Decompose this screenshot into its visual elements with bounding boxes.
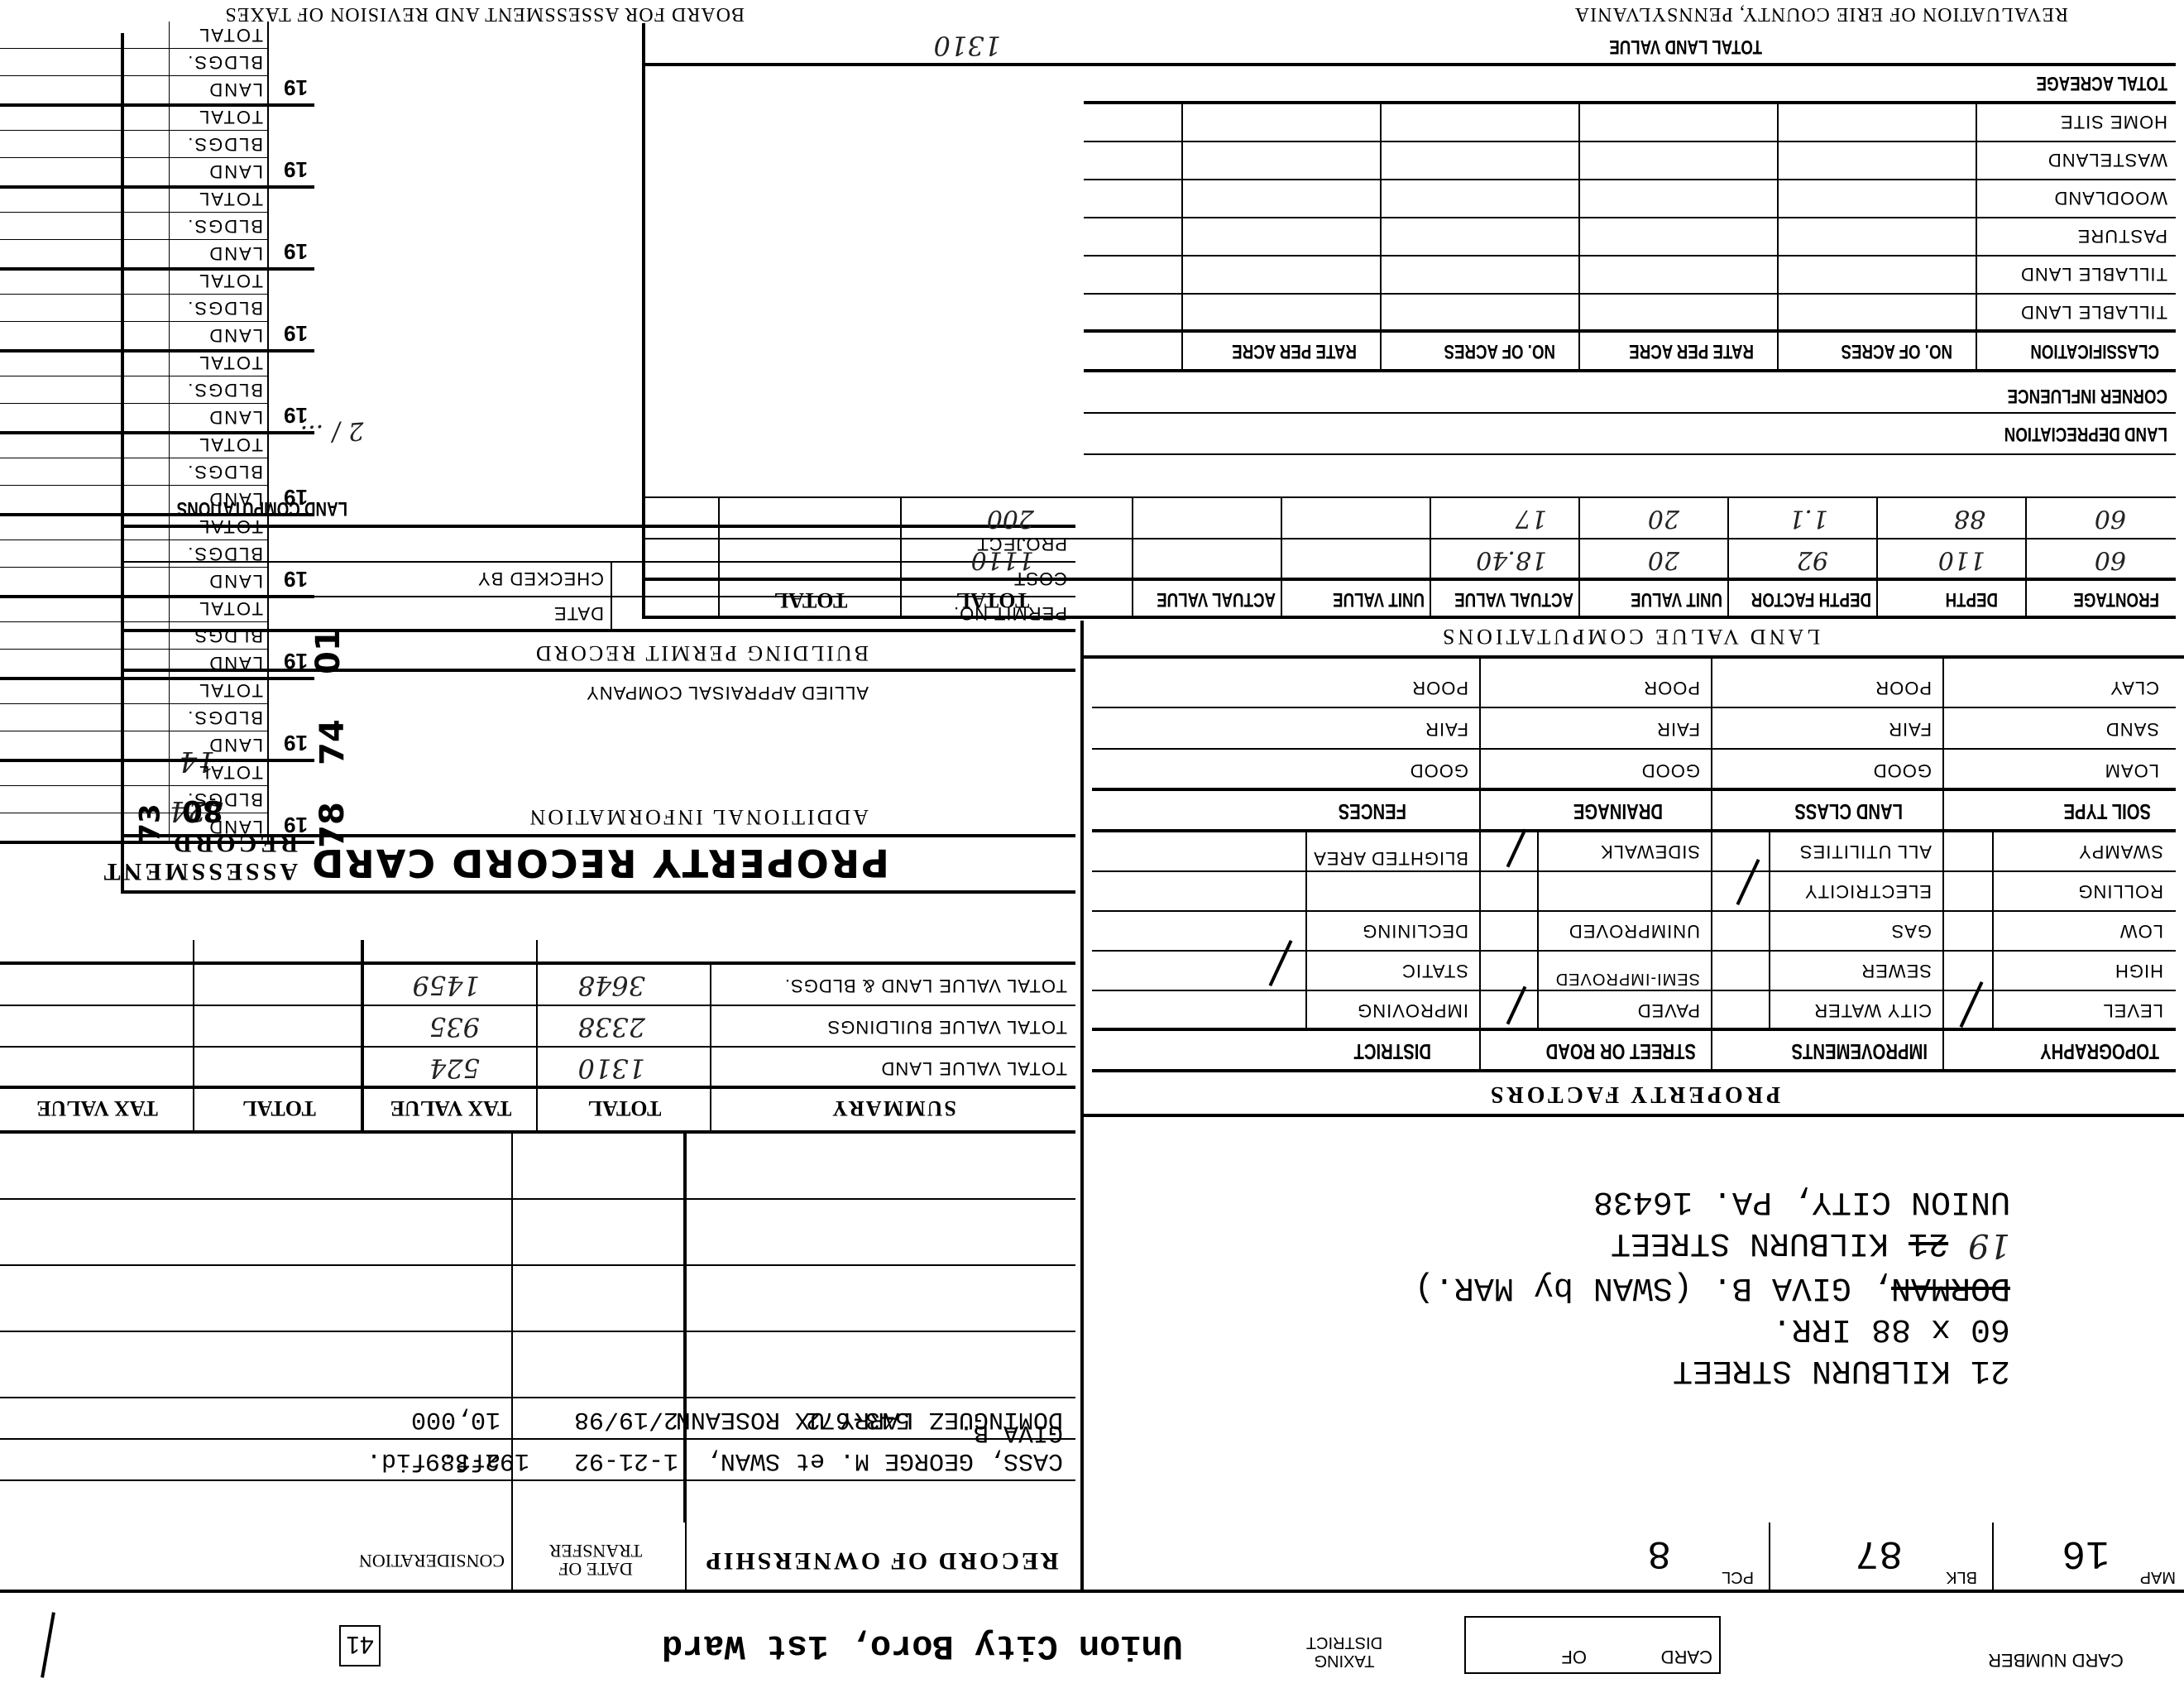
card-label: CARD bbox=[1661, 1646, 1712, 1667]
taxing-district-label: TAXING DISTRICT bbox=[1282, 1633, 1406, 1670]
land-class-poor[interactable]: POOR bbox=[1875, 677, 1932, 698]
lv-depth-factor: 92 bbox=[1797, 545, 1828, 574]
assessment-record-header: ASSESSMENT RECORD bbox=[0, 844, 314, 894]
assessment-row-label: TOTAL bbox=[198, 24, 263, 46]
pcl-label: PCL bbox=[1722, 1567, 1754, 1586]
year-prefix: 19 bbox=[284, 156, 308, 182]
assessment-row-label: BLDGS. bbox=[186, 543, 263, 564]
assessment-year-group: 19LANDBLDGS.TOTAL bbox=[0, 271, 314, 352]
assessment-row-label: TOTAL bbox=[198, 516, 263, 537]
consideration-header: CONSIDERATION bbox=[314, 1550, 505, 1571]
county-header: REVALUATION OF ERIE COUNTY, PENNSYLVANIA bbox=[1574, 2, 2068, 25]
district-blighted-area[interactable]: BLIGHTED AREA bbox=[1311, 849, 1468, 867]
property-factors-title: PROPERTY FACTORS bbox=[1092, 1081, 2176, 1107]
district-static[interactable]: STATIC bbox=[1401, 960, 1468, 981]
drainage-header: DRAINAGE bbox=[1573, 798, 1663, 824]
summary-row-total-label: TOTAL VALUE LAND & BLDGS. bbox=[784, 975, 1067, 996]
checkmark-icon bbox=[1506, 985, 1527, 1024]
corner-influence-label: CORNER INFLUENCE bbox=[2008, 384, 2167, 407]
summary-row-buildings-label: TOTAL VALUE BUILDINGS bbox=[827, 1016, 1067, 1038]
card-number-label: CARD NUMBER bbox=[1961, 1650, 2151, 1670]
lv-depth-factor: 1.1 bbox=[1789, 504, 1828, 533]
assessment-row-label: LAND bbox=[208, 652, 263, 674]
assessment-row-label: TOTAL bbox=[198, 352, 263, 373]
city-line: UNION CITY, PA. 16438 bbox=[1100, 1180, 2010, 1221]
checkmark-icon bbox=[1269, 940, 1293, 986]
land-class-good[interactable]: GOOD bbox=[1873, 760, 1932, 781]
assessment-row-label: LAND bbox=[208, 324, 263, 346]
assessment-row-label: BLDGS. bbox=[186, 707, 263, 728]
assessment-grid: 19LANDBLDGS.TOTAL19LANDBLDGS.TOTAL19LAND… bbox=[0, 25, 314, 844]
card-of-box[interactable]: CARD OF bbox=[1464, 1616, 1721, 1674]
improvements-all-utilities[interactable]: ALL UTILITIES bbox=[1799, 841, 1932, 862]
card-header-strip: CARD NUMBER CARD OF TAXING DISTRICT Unio… bbox=[0, 1599, 2151, 1678]
summary-grand-tax: 1459 bbox=[413, 970, 480, 1001]
assessment-row-label: BLDGS. bbox=[186, 133, 263, 155]
actual-value-header-2: ACTUAL VALUE bbox=[1157, 587, 1276, 611]
mailing-street-line: 19 21 KILBURN STREET bbox=[1100, 1221, 2010, 1266]
assessment-row-label: TOTAL bbox=[198, 270, 263, 291]
acreage-table: CLASSIFICATION NO. OF ACRES RATE PER ACR… bbox=[645, 55, 2176, 369]
year-prefix: 19 bbox=[284, 648, 308, 674]
soil-loam[interactable]: LOAM bbox=[2105, 760, 2159, 781]
blk-value: 87 bbox=[1855, 1530, 1903, 1575]
assessment-row-label: LAND bbox=[208, 79, 263, 100]
total-header: TOTAL bbox=[902, 587, 1084, 612]
summary-buildings-total: 2338 bbox=[578, 1011, 645, 1043]
fences-good[interactable]: GOOD bbox=[1410, 760, 1468, 781]
map-label: MAP bbox=[2140, 1567, 2176, 1586]
soil-sand[interactable]: SAND bbox=[2105, 718, 2159, 740]
checkmark-icon bbox=[1506, 828, 1527, 867]
rate-per-acre-header: RATE PER ACRE bbox=[1629, 339, 1754, 362]
summary-land-total: 1310 bbox=[578, 1053, 645, 1084]
year-stamp: 80 bbox=[182, 794, 223, 827]
drainage-fair[interactable]: FAIR bbox=[1656, 718, 1700, 740]
assessment-stamps: 78 74 bbox=[314, 679, 356, 844]
deed-reference: 543-672 bbox=[806, 1405, 910, 1433]
of-label: OF bbox=[1561, 1646, 1587, 1667]
street-unimproved[interactable]: UNIMPROVED bbox=[1569, 920, 1700, 942]
soil-clay[interactable]: CLAY bbox=[2110, 677, 2159, 698]
assessment-row-label: BLDGS. bbox=[186, 215, 263, 237]
improvements-electricity[interactable]: ELECTRICITY bbox=[1804, 880, 1932, 902]
improvements-sewer[interactable]: SEWER bbox=[1861, 960, 1932, 981]
topography-low[interactable]: LOW bbox=[2119, 920, 2163, 942]
summary-grand-total: 3648 bbox=[578, 970, 645, 1001]
year-prefix: 19 bbox=[284, 484, 308, 510]
topography-level[interactable]: LEVEL bbox=[2103, 1000, 2164, 1021]
fences-header: FENCES bbox=[1339, 798, 1406, 824]
taxing-district-value: Union City Boro, 1st Ward bbox=[662, 1626, 1183, 1666]
assessment-year-group: 19LANDBLDGS.TOTAL bbox=[0, 352, 314, 434]
topography-rolling[interactable]: ROLLING bbox=[2077, 880, 2163, 902]
pen-mark bbox=[41, 1612, 55, 1677]
struck-surname: DORMAN bbox=[1891, 1268, 2010, 1306]
ownership-date: 1-21-92 bbox=[574, 1446, 678, 1475]
year-stamp: 73 bbox=[133, 803, 166, 842]
assessment-row-label: TOTAL bbox=[198, 597, 263, 619]
summary-tax-value-header-2: TAX VALUE bbox=[0, 1096, 194, 1120]
drainage-good[interactable]: GOOD bbox=[1641, 760, 1700, 781]
land-value-totals: TOTAL TOTAL 1110 200 bbox=[645, 498, 1084, 619]
lv-unit-value: 20 bbox=[1648, 545, 1679, 574]
assessment-year-group: 19LANDBLDGS.TOTAL bbox=[0, 189, 314, 271]
year-stamp: 74 bbox=[314, 719, 352, 765]
land-class-fair[interactable]: FAIR bbox=[1888, 718, 1932, 740]
date-of-transfer-header: DATE OF TRANSFER bbox=[513, 1542, 678, 1578]
summary-tax-value-header: TAX VALUE bbox=[364, 1096, 538, 1120]
total-land-value: 1310 bbox=[934, 30, 1001, 61]
drainage-poor[interactable]: POOR bbox=[1643, 677, 1700, 698]
topography-header: TOPOGRAPHY bbox=[2040, 1038, 2159, 1064]
map-blk-pcl-row: MAP 16 BLK 87 PCL 8 bbox=[1084, 1523, 2184, 1593]
lv-total: 1110 bbox=[971, 545, 1034, 574]
year-prefix: 19 bbox=[284, 320, 308, 346]
lot-size-line: 60 x 88 IRR. bbox=[1100, 1307, 2010, 1349]
depth-header: DEPTH bbox=[1946, 587, 1998, 611]
assessment-year-group: 19LANDBLDGS.TOTAL bbox=[0, 680, 314, 762]
street-semi-improved[interactable]: SEMI-IMPROVED bbox=[1543, 970, 1700, 988]
appraiser-name: ALLIED APPRAISAL COMPANY bbox=[586, 682, 869, 703]
assessment-year-group: 19LANDBLDGS.TOTAL bbox=[0, 434, 314, 516]
additional-info-title: ADDITIONAL INFORMATION bbox=[528, 804, 869, 829]
summary-buildings-tax: 935 bbox=[429, 1011, 480, 1043]
land-depreciation-label: LAND DEPRECIATION bbox=[2004, 422, 2167, 445]
year-prefix: 19 bbox=[284, 812, 308, 837]
summary-total-header: TOTAL bbox=[538, 1096, 711, 1120]
assessment-row-label: BLDGS. bbox=[186, 297, 263, 319]
no-of-acres-header: NO. OF ACRES bbox=[1841, 339, 1952, 362]
boxed-ward-number: 41 bbox=[339, 1625, 381, 1666]
topography-high[interactable]: HIGH bbox=[2115, 960, 2163, 981]
assessment-row-label: TOTAL bbox=[198, 188, 263, 209]
land-class-header: LAND CLASS bbox=[1794, 798, 1903, 824]
board-header: BOARD FOR ASSESSMENT AND REVISION OF TAX… bbox=[224, 2, 745, 25]
ownership-table: CASS, GEORGE M. et SWAN, GIVA B. DOMINGU… bbox=[0, 1134, 1075, 1523]
classification-header: CLASSIFICATION bbox=[2030, 339, 2159, 362]
assessment-row-label: TOTAL bbox=[198, 761, 263, 783]
address-line-1: 21 KILBURN STREET bbox=[1100, 1349, 2010, 1390]
land-value-title: LAND VALUE COMPUTATIONS bbox=[1084, 624, 2176, 649]
improvements-header: IMPROVEMENTS bbox=[1791, 1038, 1928, 1064]
deed-reference: 192-389 bbox=[425, 1446, 529, 1475]
land-value-table: LAND VALUE COMPUTATIONS FRONTAGE DEPTH D… bbox=[1084, 498, 2176, 655]
lv-total: 200 bbox=[987, 504, 1034, 533]
total-acreage-label: TOTAL ACREAGE bbox=[2037, 71, 2167, 94]
assessment-year-group: 19LANDBLDGS.TOTAL bbox=[0, 598, 314, 680]
assessment-row-label: LAND bbox=[208, 570, 263, 592]
building-permit-title: BUILDING PERMIT RECORD bbox=[534, 640, 869, 665]
checkmark-icon bbox=[1736, 859, 1760, 905]
assessment-year-group: 19LANDBLDGS.TOTAL bbox=[0, 107, 314, 189]
assessment-row-label: LAND bbox=[208, 406, 263, 428]
assessment-row-label: TOTAL bbox=[198, 679, 263, 701]
unit-value-header: UNIT VALUE bbox=[1631, 587, 1722, 611]
acreage-row-woodland: WOODLAND bbox=[2053, 187, 2167, 209]
frontage-header: FRONTAGE bbox=[2073, 587, 2159, 611]
owner-line: DORMAN, GIVA B. (SWAN by MAR.) bbox=[1100, 1266, 2010, 1307]
lv-unit-value: 20 bbox=[1648, 504, 1679, 533]
depth-factor-header: DEPTH FACTOR bbox=[1751, 587, 1871, 611]
year-prefix: 19 bbox=[284, 238, 308, 264]
fences-poor[interactable]: POOR bbox=[1411, 677, 1468, 698]
actual-value-header: ACTUAL VALUE bbox=[1454, 587, 1573, 611]
assessment-row-label: LAND bbox=[208, 488, 263, 510]
year-prefix: 19 bbox=[284, 566, 308, 592]
improvements-gas[interactable]: GAS bbox=[1891, 920, 1932, 942]
assessment-row-label: TOTAL bbox=[198, 434, 263, 455]
year-stamp: 01 bbox=[309, 628, 347, 674]
acreage-row-tillable-1: TILLABLE LAND bbox=[2020, 301, 2167, 323]
improvements-city-water[interactable]: CITY WATER bbox=[1813, 1000, 1932, 1021]
property-factors: PROPERTY FACTORS TOPOGRAPHY IMPROVEMENTS… bbox=[1092, 659, 2176, 1114]
acreage-row-wasteland: WASTELAND bbox=[2047, 149, 2167, 170]
district-header: DISTRICT bbox=[1353, 1038, 1431, 1064]
summary-title: SUMMARY bbox=[711, 1096, 1075, 1120]
pcl-value: 8 bbox=[1647, 1530, 1671, 1575]
topography-swampy[interactable]: SWAMPY bbox=[2078, 841, 2163, 862]
assessment-row-label: LAND bbox=[208, 734, 263, 755]
lv-depth: 88 bbox=[1954, 504, 1985, 533]
summary-row-land-label: TOTAL VALUE LAND bbox=[881, 1057, 1067, 1079]
lv-depth: 110 bbox=[1938, 545, 1985, 574]
assessment-year-group: 19LANDBLDGS.TOTAL bbox=[0, 516, 314, 598]
land-adjustments: LAND DEPRECIATION CORNER INFLUENCE bbox=[1084, 405, 2176, 496]
assessment-row-label: LAND bbox=[208, 242, 263, 264]
street-sidewalk[interactable]: SIDEWALK bbox=[1600, 841, 1700, 862]
assessment-row-label: LAND bbox=[208, 161, 263, 182]
unit-value-header-2: UNIT VALUE bbox=[1333, 587, 1425, 611]
assessment-row-label: BLDGS. bbox=[186, 461, 263, 482]
year-prefix: 19 bbox=[284, 402, 308, 428]
ownership-consideration: 10,000 bbox=[411, 1405, 500, 1433]
lv-frontage: 60 bbox=[2095, 545, 2126, 574]
ownership-date: 2/19/98 bbox=[574, 1405, 678, 1433]
summary-table: SUMMARY TOTAL TAX VALUE TOTAL TAX VALUE … bbox=[0, 940, 1075, 1130]
assessment-row-label: TOTAL bbox=[198, 106, 263, 127]
ownership-header: RECORD OF OWNERSHIP DATE OF TRANSFER CON… bbox=[0, 1523, 1075, 1593]
assessment-row-label: BLDGS. bbox=[186, 625, 263, 646]
rate-per-acre-header-2: RATE PER ACRE bbox=[1232, 339, 1357, 362]
assessment-year-group: 19LANDBLDGS.TOTAL bbox=[0, 25, 314, 107]
assessment-row-label: BLDGS. bbox=[186, 51, 263, 73]
no-of-acres-header-2: NO. OF ACRES bbox=[1444, 339, 1555, 362]
acreage-row-tillable-2: TILLABLE LAND bbox=[2020, 263, 2167, 285]
lv-frontage: 60 bbox=[2095, 504, 2126, 533]
fences-fair[interactable]: FAIR bbox=[1425, 718, 1468, 740]
acreage-row-home-site: HOME SITE bbox=[2060, 111, 2167, 132]
ownership-title: RECORD OF OWNERSHIP bbox=[687, 1547, 1075, 1575]
street-or-road-header: STREET OR ROAD bbox=[1546, 1038, 1696, 1064]
checkmark-icon bbox=[1960, 981, 1984, 1028]
lv-actual-value: 18.40 bbox=[1476, 545, 1547, 574]
street-paved[interactable]: PAVED bbox=[1637, 1000, 1700, 1021]
summary-land-tax: 524 bbox=[429, 1053, 480, 1084]
soil-type-header: SOIL TYPE bbox=[2063, 798, 2151, 824]
district-improving[interactable]: IMPROVING bbox=[1357, 1000, 1468, 1021]
property-address-block: 21 KILBURN STREET 60 x 88 IRR. DORMAN, G… bbox=[1100, 1180, 2010, 1390]
total-land-value-row: TOTAL LAND VALUE 1310 bbox=[645, 25, 2176, 66]
summary-total-header-2: TOTAL bbox=[194, 1096, 364, 1120]
acreage-row-pasture: PASTURE bbox=[2077, 225, 2167, 247]
map-value: 16 bbox=[2062, 1530, 2110, 1575]
lv-actual-value: 17 bbox=[1516, 504, 1547, 533]
district-declining[interactable]: DECLINING bbox=[1362, 920, 1468, 942]
property-record-card: CARD NUMBER CARD OF TAXING DISTRICT Unio… bbox=[0, 0, 2184, 1688]
year-stamp: 78 bbox=[314, 802, 352, 848]
assessment-row-label: BLDGS. bbox=[186, 379, 263, 400]
total-land-value-label: TOTAL LAND VALUE bbox=[1609, 35, 1762, 58]
year-prefix: 19 bbox=[284, 74, 308, 100]
blk-label: BLK bbox=[1946, 1567, 1977, 1586]
total-header-2: TOTAL bbox=[720, 587, 902, 612]
year-prefix: 19 bbox=[284, 730, 308, 755]
